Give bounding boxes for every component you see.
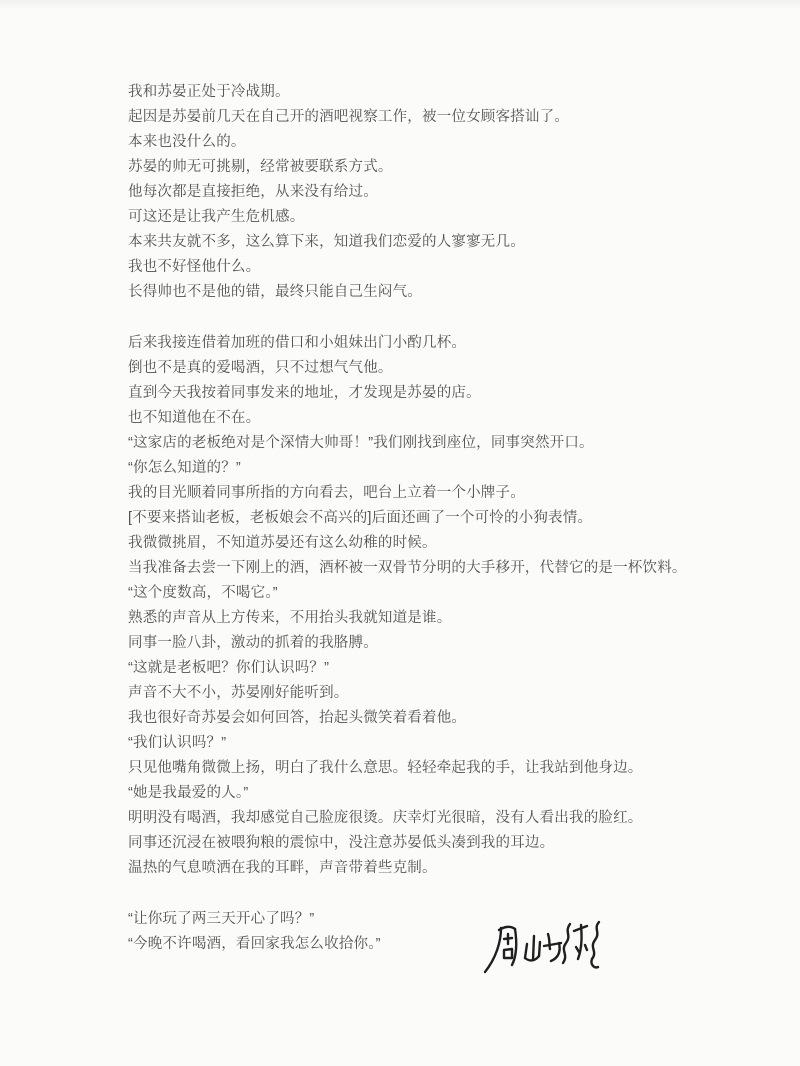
- text-line: “让你玩了两三天开心了吗？”: [128, 907, 748, 932]
- text-line: 可这还是让我产生危机感。: [128, 205, 748, 230]
- text-line: 本来共友就不多，这么算下来，知道我们恋爱的人寥寥无几。: [128, 230, 748, 255]
- text-line: “今晚不许喝酒，看回家我怎么收拾你。”: [128, 932, 748, 957]
- text-line: 温热的气息喷洒在我的耳畔，声音带着些克制。: [128, 856, 748, 881]
- text-line: “她是我最爱的人。”: [128, 781, 748, 806]
- text-line: 同事一脸八卦，激动的抓着的我胳膊。: [128, 631, 748, 656]
- paragraph: 我和苏晏正处于冷战期。起因是苏晏前几天在自己开的酒吧视察工作，被一位女顾客搭讪了…: [128, 80, 748, 305]
- text-line: “这个度数高，不喝它。”: [128, 581, 748, 606]
- text-line: 我和苏晏正处于冷战期。: [128, 80, 748, 105]
- text-line: “这家店的老板绝对是个深情大帅哥！”我们刚找到座位，同事突然开口。: [128, 431, 748, 456]
- text-line: 苏晏的帅无可挑剔，经常被要联系方式。: [128, 155, 748, 180]
- text-line: 我微微挑眉，不知道苏晏还有这么幼稚的时候。: [128, 531, 748, 556]
- text-line: “你怎么知道的？”: [128, 456, 748, 481]
- text-line: 声音不大不小，苏晏刚好能听到。: [128, 681, 748, 706]
- text-line: 本来也没什么的。: [128, 130, 748, 155]
- paragraph: “让你玩了两三天开心了吗？”“今晚不许喝酒，看回家我怎么收拾你。”: [128, 907, 748, 957]
- handwritten-signature-icon: [468, 896, 618, 981]
- text-line: 我的目光顺着同事所指的方向看去，吧台上立着一个小牌子。: [128, 481, 748, 506]
- text-line: “这就是老板吧？你们认识吗？”: [128, 656, 748, 681]
- paragraph: 后来我接连借着加班的借口和小姐妹出门小酌几杯。倒也不是真的爱喝酒，只不过想气气他…: [128, 331, 748, 881]
- text-line: “我们认识吗？”: [128, 731, 748, 756]
- author-signature: [468, 896, 618, 981]
- text-line: 也不知道他在不在。: [128, 406, 748, 431]
- text-line: 长得帅也不是他的错，最终只能自己生闷气。: [128, 280, 748, 305]
- text-line: [不要来搭讪老板，老板娘会不高兴的]后面还画了一个可怜的小狗表情。: [128, 506, 748, 531]
- text-line: 我也很好奇苏晏会如何回答，抬起头微笑着看着他。: [128, 706, 748, 731]
- text-line: 起因是苏晏前几天在自己开的酒吧视察工作，被一位女顾客搭讪了。: [128, 105, 748, 130]
- text-line: 同事还沉浸在被喂狗粮的震惊中，没注意苏晏低头凑到我的耳边。: [128, 831, 748, 856]
- page-top-shade: [0, 0, 800, 10]
- text-line: 明明没有喝酒，我却感觉自己脸庞很烫。庆幸灯光很暗，没有人看出我的脸红。: [128, 806, 748, 831]
- text-line: 倒也不是真的爱喝酒，只不过想气气他。: [128, 356, 748, 381]
- text-line: 熟悉的声音从上方传来，不用抬头我就知道是谁。: [128, 606, 748, 631]
- text-line: 直到今天我按着同事发来的地址，才发现是苏晏的店。: [128, 381, 748, 406]
- text-line: 后来我接连借着加班的借口和小姐妹出门小酌几杯。: [128, 331, 748, 356]
- text-line: 只见他嘴角微微上扬，明白了我什么意思。轻轻牵起我的手，让我站到他身边。: [128, 756, 748, 781]
- story-text-body: 我和苏晏正处于冷战期。起因是苏晏前几天在自己开的酒吧视察工作，被一位女顾客搭讪了…: [128, 80, 748, 957]
- text-line: 当我准备去尝一下刚上的酒，酒杯被一双骨节分明的大手移开，代替它的是一杯饮料。: [128, 556, 748, 581]
- text-line: 他每次都是直接拒绝，从来没有给过。: [128, 180, 748, 205]
- text-line: 我也不好怪他什么。: [128, 255, 748, 280]
